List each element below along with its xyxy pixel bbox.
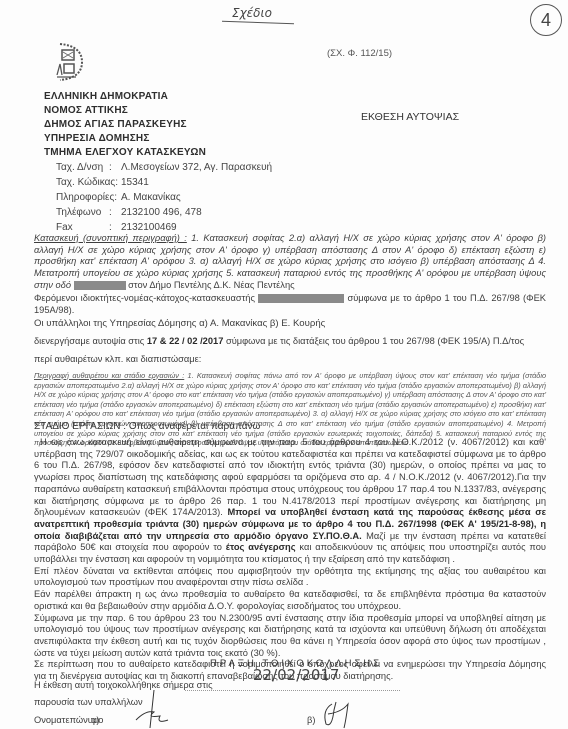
contact-fax: 2132100469 bbox=[121, 222, 177, 233]
authority-line: ΥΠΗΡΕΣΙΑ ΔΟΜΗΣΗΣ bbox=[44, 133, 150, 144]
work-stage: ΣΤΑΔΙΟ ΕΡΓΑΣΙΩΝ : Όπως αναφέρεται παραπά… bbox=[34, 421, 260, 432]
construction-summary: Κατασκευή (συνοπτική περιγραφή) : 1. Κατ… bbox=[34, 233, 546, 292]
inspection-prefix: διενεργήσαμε αυτοψία στις bbox=[34, 336, 144, 346]
contact-phone: 2132100 496, 478 bbox=[121, 207, 202, 218]
authority-line: ΤΜΗΜΑ ΕΛΕΓΧΟΥ ΚΑΤΑΣΚΕΥΩΝ bbox=[44, 147, 206, 158]
contact-sep: : bbox=[109, 162, 112, 173]
contact-address: Λ.Μεσογείων 372, Αγ. Παρασκευή bbox=[121, 162, 272, 173]
paragraph-1: Η ως άνω κατασκευή είναι αυθαίρετη σύμφω… bbox=[34, 437, 546, 566]
p1-text: Η ως άνω κατασκευή είναι αυθαίρετη σύμφω… bbox=[34, 437, 546, 517]
legal-body: Η ως άνω κατασκευή είναι αυθαίρετη σύμφω… bbox=[34, 437, 546, 683]
authority-line: ΝΟΜΟΣ ΑΤΤΙΚΗΣ bbox=[44, 105, 128, 116]
paragraph-2: Επί πλέον δύναται να εκτίθενται απόψεις … bbox=[34, 566, 546, 589]
redacted-street bbox=[74, 281, 126, 290]
construction-label: Κατασκευή (συνοπτική περιγραφή) : bbox=[34, 233, 187, 243]
contact-label: Ταχ. Κώδικας: bbox=[56, 177, 118, 188]
paragraph-3: Εάν παρέλθει άπρακτη η ως άνω προθεσμία … bbox=[34, 589, 546, 612]
contact-postcode: 15341 bbox=[121, 177, 149, 188]
paragraph-4: Σύμφωνα με την παρ. 6 του άρθρου 23 του … bbox=[34, 613, 546, 660]
greek-emblem-icon bbox=[48, 38, 88, 82]
authority-line: ΕΛΛΗΝΙΚΗ ΔΗΜΟΚΡΑΤΙΑ bbox=[44, 91, 168, 102]
officer-a-label: α) bbox=[91, 715, 99, 727]
inspection-line: διενεργήσαμε αυτοψία στις 17 & 22 / 02 /… bbox=[34, 336, 524, 348]
officer-b-label: β) bbox=[307, 715, 315, 727]
inspection-dates: 17 & 22 / 02 /2017 bbox=[147, 336, 224, 346]
description-label: Περιγραφή αυθαιρέτου και στάδιο εργασιών… bbox=[34, 371, 184, 380]
contact-label: Πληροφορίες: bbox=[56, 192, 117, 203]
handwritten-underline bbox=[222, 21, 294, 25]
officers-line: Οι υπάλληλοι της Υπηρεσίας Δόμησης α) Α.… bbox=[34, 318, 325, 330]
inspection-line2: περί αυθαιρέτων κλπ. και διαπιστώσαμε: bbox=[34, 354, 201, 366]
owners-line: Φερόμενοι ιδιοκτήτες-νομέας-κάτοχος-κατα… bbox=[34, 293, 546, 316]
contact-sep: : bbox=[109, 222, 112, 233]
owners-prefix: Φερόμενοι ιδιοκτήτες-νομέας-κάτοχος-κατα… bbox=[34, 293, 255, 303]
redacted-owners bbox=[258, 294, 344, 303]
contact-info-person: Α. Μακανίκας bbox=[121, 192, 181, 203]
contact-sep: : bbox=[109, 207, 112, 218]
contact-label: Ταχ. Δ/νση bbox=[56, 162, 103, 173]
report-title: ΕΚΘΕΣΗ ΑΥΤΟΨΙΑΣ bbox=[361, 111, 459, 123]
contact-label: Τηλέφωνο bbox=[56, 207, 101, 218]
document-page: Σχέδιο 4 (ΣΧ. Φ. 112/15) ΕΛΛΗΝΙΚΗ ΔΗΜΟΚΡ… bbox=[0, 0, 568, 729]
inspection-suffix: σύμφωνα με τις διατάξεις του άρθρου 1 το… bbox=[226, 336, 524, 346]
signature-a bbox=[130, 690, 170, 729]
handwritten-label: Σχέδιο bbox=[232, 6, 272, 20]
description-text: 1. Κατασκευή σοφίτας πάνω από τον Α' όρο… bbox=[34, 371, 546, 447]
posted-date-handwritten: 22/02/2017 bbox=[253, 666, 339, 684]
p1-bold-year: έτος ανέγερσης bbox=[226, 542, 296, 552]
form-code: (ΣΧ. Φ. 112/15) bbox=[327, 48, 392, 59]
signature-b bbox=[318, 700, 358, 729]
authority-line: ΔΗΜΟΣ ΑΓΙΑΣ ΠΑΡΑΣΚΕΥΗΣ bbox=[44, 119, 187, 130]
presence-label: παρουσία των υπαλλήλων bbox=[34, 697, 143, 709]
page-number: 4 bbox=[530, 4, 562, 36]
contact-label: Fax bbox=[56, 222, 73, 233]
construction-location: στον Δήμο Πεντέλης Δ.Κ. Νέας Πεντέλης bbox=[128, 280, 294, 290]
posted-date-line bbox=[185, 690, 400, 691]
